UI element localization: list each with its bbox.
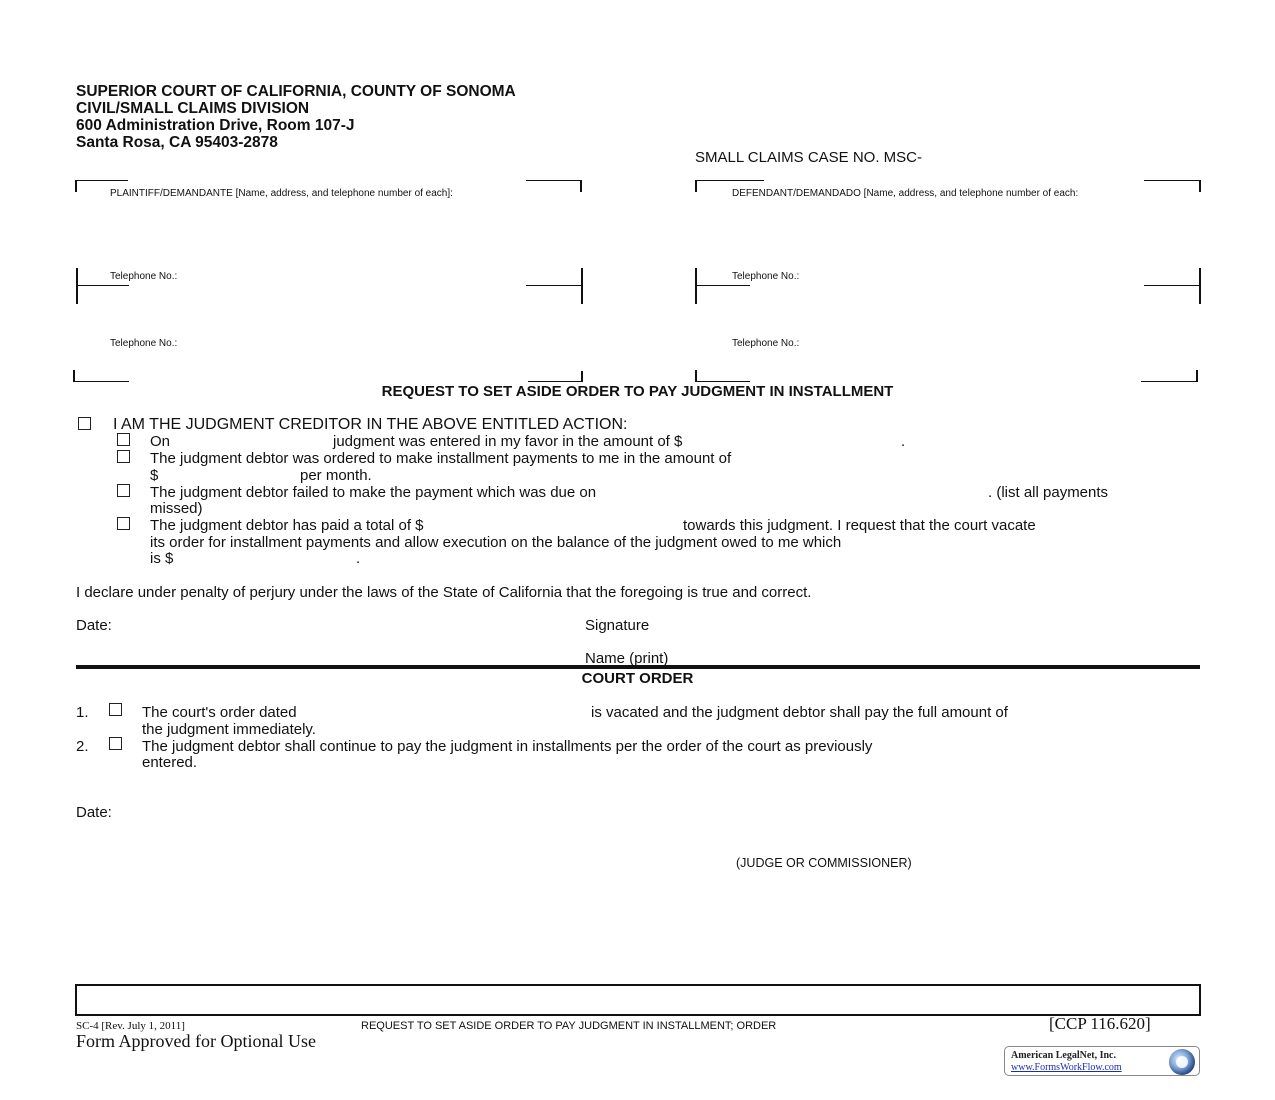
plaintiff-telephone2-label: Telephone No.: [110, 338, 177, 349]
creditor-statement: I AM THE JUDGMENT CREDITOR IN THE ABOVE … [113, 416, 627, 433]
item4-request-text: towards this judgment. I request that th… [683, 517, 1036, 534]
signature-label: Signature [585, 617, 649, 634]
defendant-telephone1-label: Telephone No.: [732, 271, 799, 282]
perjury-declaration: I declare under penalty of perjury under… [76, 584, 811, 601]
logo-company-name: American LegalNet, Inc. [1011, 1050, 1116, 1061]
case-number-field[interactable] [915, 147, 1200, 167]
plaintiff-telephone1-label: Telephone No.: [110, 271, 177, 282]
order-item2-number: 2. [76, 738, 89, 755]
item3-line2: missed) [150, 500, 203, 517]
item4-period: . [356, 550, 360, 567]
judgment-entered-checkbox[interactable] [117, 433, 130, 446]
section-divider [76, 665, 1200, 669]
plaintiff-label: PLAINTIFF/DEMANDANTE [Name, address, and… [110, 188, 453, 199]
order-item1-line2: the judgment immediately. [142, 721, 316, 738]
item4-text: The judgment debtor has paid a total of … [150, 517, 424, 534]
defendant-telephone2-field[interactable] [822, 335, 1137, 351]
order-item1-text: The court's order dated [142, 704, 297, 721]
globe-icon [1169, 1049, 1195, 1075]
total-paid-field[interactable] [532, 516, 678, 533]
defendant-label: DEFENDANT/DEMANDADO [Name, address, and … [732, 188, 1078, 199]
item1-on-text: On [150, 433, 170, 450]
payment-missed-checkbox[interactable] [117, 484, 130, 497]
item4-is-dollar: is $ [150, 550, 173, 567]
order-item1-vacated-text: is vacated and the judgment debtor shall… [591, 704, 1008, 721]
court-order-title: COURT ORDER [0, 670, 1275, 687]
order-item1-number: 1. [76, 704, 89, 721]
defendant-name-address-field[interactable] [730, 203, 1195, 265]
court-address: 600 Administration Drive, Room 107-J [76, 117, 516, 134]
judge-label: (JUDGE OR COMMISSIONER) [736, 856, 912, 870]
order-continue-checkbox[interactable] [109, 737, 122, 750]
court-division: CIVIL/SMALL CLAIMS DIVISION [76, 100, 516, 117]
missed-payment-dates-field[interactable] [772, 483, 984, 500]
court-name: SUPERIOR COURT OF CALIFORNIA, COUNTY OF … [76, 83, 516, 100]
defendant-telephone2-label: Telephone No.: [732, 338, 799, 349]
case-number-label: SMALL CLAIMS CASE NO. MSC- [695, 149, 922, 166]
form-approval: Form Approved for Optional Use [76, 1031, 316, 1052]
order-date-label: Date: [76, 804, 112, 821]
request-title: REQUEST TO SET ASIDE ORDER TO PAY JUDGME… [0, 383, 1275, 400]
item1-period: . [901, 433, 905, 450]
item1-judgment-text: judgment was entered in my favor in the … [333, 433, 682, 450]
item3-list-text: . (list all payments [988, 484, 1108, 501]
legalnet-logo[interactable]: American LegalNet, Inc. www.FormsWorkFlo… [1004, 1046, 1200, 1076]
installment-ordered-checkbox[interactable] [117, 450, 130, 463]
order-date-field[interactable] [360, 703, 586, 720]
total-paid-checkbox[interactable] [117, 517, 130, 530]
name-print-field[interactable] [705, 648, 1200, 664]
installment-amount-field[interactable] [163, 466, 295, 483]
order-vacated-checkbox[interactable] [109, 703, 122, 716]
order-signed-date-field[interactable] [125, 802, 525, 820]
item2-text: The judgment debtor was ordered to make … [150, 450, 731, 467]
court-header: SUPERIOR COURT OF CALIFORNIA, COUNTY OF … [76, 83, 516, 151]
defendant-telephone1-field[interactable] [822, 268, 1137, 284]
date-label: Date: [76, 617, 112, 634]
logo-url-link[interactable]: www.FormsWorkFlow.com [1011, 1062, 1122, 1073]
footer-form-title: REQUEST TO SET ASIDE ORDER TO PAY JUDGME… [361, 1020, 776, 1032]
item2-dollar: $ [150, 467, 158, 484]
order-item2-text: The judgment debtor shall continue to pa… [142, 738, 872, 755]
plaintiff-telephone1-field[interactable] [200, 268, 520, 284]
item3-text: The judgment debtor failed to make the p… [150, 484, 596, 501]
footer-box [75, 984, 1201, 1016]
item2-per-month: per month. [300, 467, 372, 484]
creditor-checkbox[interactable] [78, 417, 91, 430]
court-city: Santa Rosa, CA 95403-2878 [76, 134, 516, 151]
judge-signature-field[interactable] [735, 836, 970, 856]
declaration-date-field[interactable] [125, 615, 565, 633]
plaintiff-name-address-field[interactable] [108, 203, 578, 265]
statute-reference: [CCP 116.620] [1049, 1014, 1151, 1034]
order-item2-line2: entered. [142, 754, 197, 771]
signature-field[interactable] [680, 615, 1200, 633]
judgment-amount-field[interactable] [825, 432, 897, 449]
balance-owed-field[interactable] [182, 549, 352, 566]
judgment-date-field[interactable] [180, 432, 328, 449]
plaintiff-telephone2-field[interactable] [200, 335, 520, 351]
